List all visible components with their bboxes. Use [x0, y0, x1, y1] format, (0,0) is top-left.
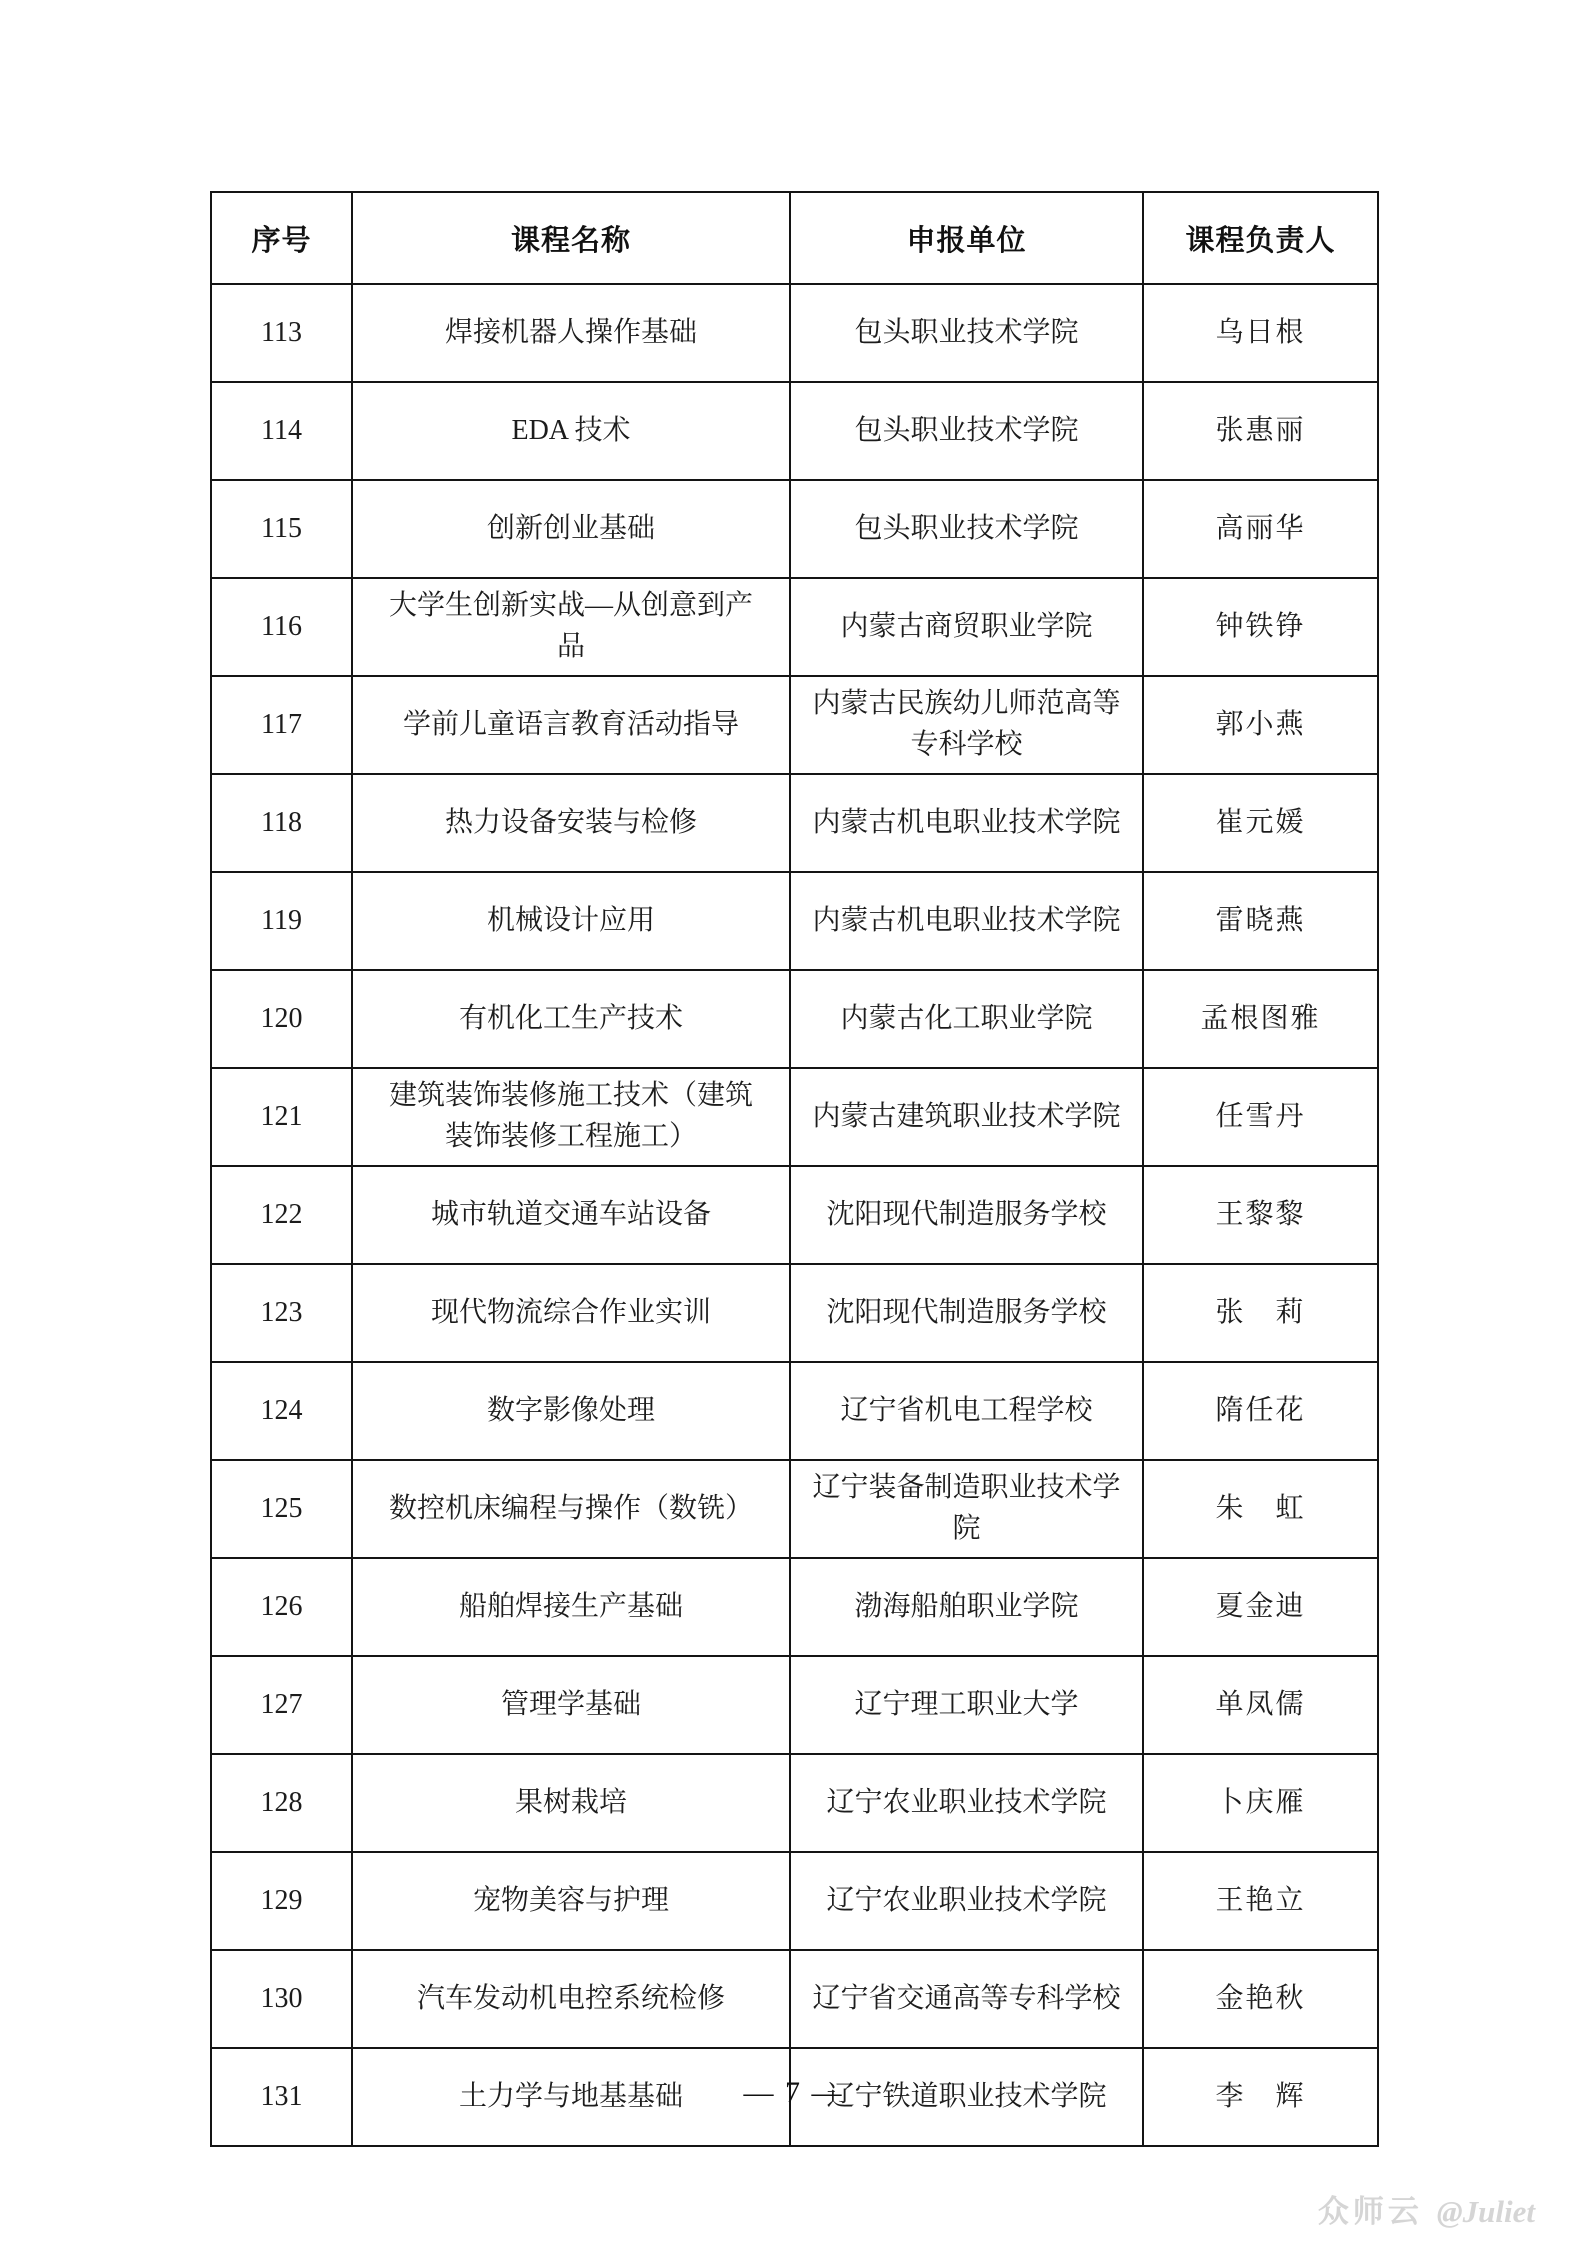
- serial-cell: 122: [211, 1166, 352, 1264]
- course-leader-cell: 钟铁铮: [1143, 578, 1378, 676]
- declaring-unit-cell: 内蒙古机电职业技术学院: [790, 872, 1143, 970]
- document-page: 序号课程名称申报单位课程负责人 113焊接机器人操作基础包头职业技术学院乌日根1…: [0, 0, 1587, 2245]
- course-leader-cell: 王黎黎: [1143, 1166, 1378, 1264]
- declaring-unit-cell: 内蒙古化工职业学院: [790, 970, 1143, 1068]
- table-row: 125数控机床编程与操作（数铣）辽宁装备制造职业技术学院朱 虹: [211, 1460, 1378, 1558]
- declaring-unit-cell: 辽宁理工职业大学: [790, 1656, 1143, 1754]
- course-name-cell: 现代物流综合作业实训: [352, 1264, 790, 1362]
- serial-cell: 125: [211, 1460, 352, 1558]
- serial-cell: 119: [211, 872, 352, 970]
- course-leader-cell: 朱 虹: [1143, 1460, 1378, 1558]
- course-name-cell: 创新创业基础: [352, 480, 790, 578]
- serial-cell: 114: [211, 382, 352, 480]
- table-row: 116大学生创新实战—从创意到产品内蒙古商贸职业学院钟铁铮: [211, 578, 1378, 676]
- course-leader-cell: 郭小燕: [1143, 676, 1378, 774]
- table-row: 118热力设备安装与检修内蒙古机电职业技术学院崔元媛: [211, 774, 1378, 872]
- table-row: 115创新创业基础包头职业技术学院高丽华: [211, 480, 1378, 578]
- table-header-row: 序号课程名称申报单位课程负责人: [211, 192, 1378, 284]
- column-header: 序号: [211, 192, 352, 284]
- declaring-unit-cell: 内蒙古建筑职业技术学院: [790, 1068, 1143, 1166]
- course-leader-cell: 张 莉: [1143, 1264, 1378, 1362]
- course-leader-cell: 雷晓燕: [1143, 872, 1378, 970]
- table-row: 113焊接机器人操作基础包头职业技术学院乌日根: [211, 284, 1378, 382]
- course-name-cell: 宠物美容与护理: [352, 1852, 790, 1950]
- serial-cell: 115: [211, 480, 352, 578]
- table-row: 122城市轨道交通车站设备沈阳现代制造服务学校王黎黎: [211, 1166, 1378, 1264]
- serial-cell: 127: [211, 1656, 352, 1754]
- serial-cell: 129: [211, 1852, 352, 1950]
- course-name-cell: 焊接机器人操作基础: [352, 284, 790, 382]
- declaring-unit-cell: 沈阳现代制造服务学校: [790, 1166, 1143, 1264]
- course-leader-cell: 单凤儒: [1143, 1656, 1378, 1754]
- declaring-unit-cell: 包头职业技术学院: [790, 382, 1143, 480]
- table-row: 128果树栽培辽宁农业职业技术学院卜庆雁: [211, 1754, 1378, 1852]
- declaring-unit-cell: 内蒙古商贸职业学院: [790, 578, 1143, 676]
- declaring-unit-cell: 渤海船舶职业学院: [790, 1558, 1143, 1656]
- serial-cell: 113: [211, 284, 352, 382]
- declaring-unit-cell: 内蒙古民族幼儿师范高等专科学校: [790, 676, 1143, 774]
- table-row: 124数字影像处理辽宁省机电工程学校隋任花: [211, 1362, 1378, 1460]
- serial-cell: 117: [211, 676, 352, 774]
- watermark-handle: @Juliet: [1437, 2194, 1535, 2229]
- course-name-cell: 果树栽培: [352, 1754, 790, 1852]
- declaring-unit-cell: 沈阳现代制造服务学校: [790, 1264, 1143, 1362]
- serial-cell: 116: [211, 578, 352, 676]
- column-header: 课程名称: [352, 192, 790, 284]
- declaring-unit-cell: 包头职业技术学院: [790, 284, 1143, 382]
- course-name-cell: 热力设备安装与检修: [352, 774, 790, 872]
- course-leader-cell: 孟根图雅: [1143, 970, 1378, 1068]
- course-name-cell: 数控机床编程与操作（数铣）: [352, 1460, 790, 1558]
- table-row: 126船舶焊接生产基础渤海船舶职业学院夏金迪: [211, 1558, 1378, 1656]
- course-name-cell: 有机化工生产技术: [352, 970, 790, 1068]
- table-row: 114EDA 技术包头职业技术学院张惠丽: [211, 382, 1378, 480]
- watermark: 众师云@Juliet: [1318, 2186, 1535, 2231]
- course-leader-cell: 张惠丽: [1143, 382, 1378, 480]
- course-leader-cell: 王艳立: [1143, 1852, 1378, 1950]
- course-name-cell: 船舶焊接生产基础: [352, 1558, 790, 1656]
- course-leader-cell: 夏金迪: [1143, 1558, 1378, 1656]
- table-row: 130汽车发动机电控系统检修辽宁省交通高等专科学校金艳秋: [211, 1950, 1378, 2048]
- watermark-brand: 众师云: [1318, 2194, 1423, 2229]
- course-leader-cell: 任雪丹: [1143, 1068, 1378, 1166]
- serial-cell: 120: [211, 970, 352, 1068]
- course-leader-cell: 金艳秋: [1143, 1950, 1378, 2048]
- course-name-cell: 数字影像处理: [352, 1362, 790, 1460]
- course-leader-cell: 高丽华: [1143, 480, 1378, 578]
- column-header: 课程负责人: [1143, 192, 1378, 284]
- course-roster-table: 序号课程名称申报单位课程负责人 113焊接机器人操作基础包头职业技术学院乌日根1…: [210, 191, 1379, 2147]
- serial-cell: 126: [211, 1558, 352, 1656]
- table-row: 119机械设计应用内蒙古机电职业技术学院雷晓燕: [211, 872, 1378, 970]
- course-leader-cell: 隋任花: [1143, 1362, 1378, 1460]
- column-header: 申报单位: [790, 192, 1143, 284]
- declaring-unit-cell: 辽宁农业职业技术学院: [790, 1754, 1143, 1852]
- table-row: 123现代物流综合作业实训沈阳现代制造服务学校张 莉: [211, 1264, 1378, 1362]
- course-name-cell: 机械设计应用: [352, 872, 790, 970]
- table-row: 121建筑装饰装修施工技术（建筑装饰装修工程施工）内蒙古建筑职业技术学院任雪丹: [211, 1068, 1378, 1166]
- declaring-unit-cell: 辽宁装备制造职业技术学院: [790, 1460, 1143, 1558]
- declaring-unit-cell: 辽宁省机电工程学校: [790, 1362, 1143, 1460]
- page-number: — 7 —: [0, 2076, 1587, 2110]
- course-leader-cell: 卜庆雁: [1143, 1754, 1378, 1852]
- course-name-cell: 汽车发动机电控系统检修: [352, 1950, 790, 2048]
- table-row: 127管理学基础辽宁理工职业大学单凤儒: [211, 1656, 1378, 1754]
- declaring-unit-cell: 辽宁农业职业技术学院: [790, 1852, 1143, 1950]
- table-row: 117学前儿童语言教育活动指导内蒙古民族幼儿师范高等专科学校郭小燕: [211, 676, 1378, 774]
- declaring-unit-cell: 内蒙古机电职业技术学院: [790, 774, 1143, 872]
- course-name-cell: 管理学基础: [352, 1656, 790, 1754]
- serial-cell: 124: [211, 1362, 352, 1460]
- course-name-cell: 学前儿童语言教育活动指导: [352, 676, 790, 774]
- serial-cell: 128: [211, 1754, 352, 1852]
- declaring-unit-cell: 辽宁省交通高等专科学校: [790, 1950, 1143, 2048]
- course-leader-cell: 崔元媛: [1143, 774, 1378, 872]
- table-row: 120有机化工生产技术内蒙古化工职业学院孟根图雅: [211, 970, 1378, 1068]
- course-name-cell: 大学生创新实战—从创意到产品: [352, 578, 790, 676]
- serial-cell: 121: [211, 1068, 352, 1166]
- course-name-cell: EDA 技术: [352, 382, 790, 480]
- serial-cell: 118: [211, 774, 352, 872]
- declaring-unit-cell: 包头职业技术学院: [790, 480, 1143, 578]
- serial-cell: 130: [211, 1950, 352, 2048]
- table-row: 129宠物美容与护理辽宁农业职业技术学院王艳立: [211, 1852, 1378, 1950]
- course-name-cell: 城市轨道交通车站设备: [352, 1166, 790, 1264]
- course-leader-cell: 乌日根: [1143, 284, 1378, 382]
- course-name-cell: 建筑装饰装修施工技术（建筑装饰装修工程施工）: [352, 1068, 790, 1166]
- serial-cell: 123: [211, 1264, 352, 1362]
